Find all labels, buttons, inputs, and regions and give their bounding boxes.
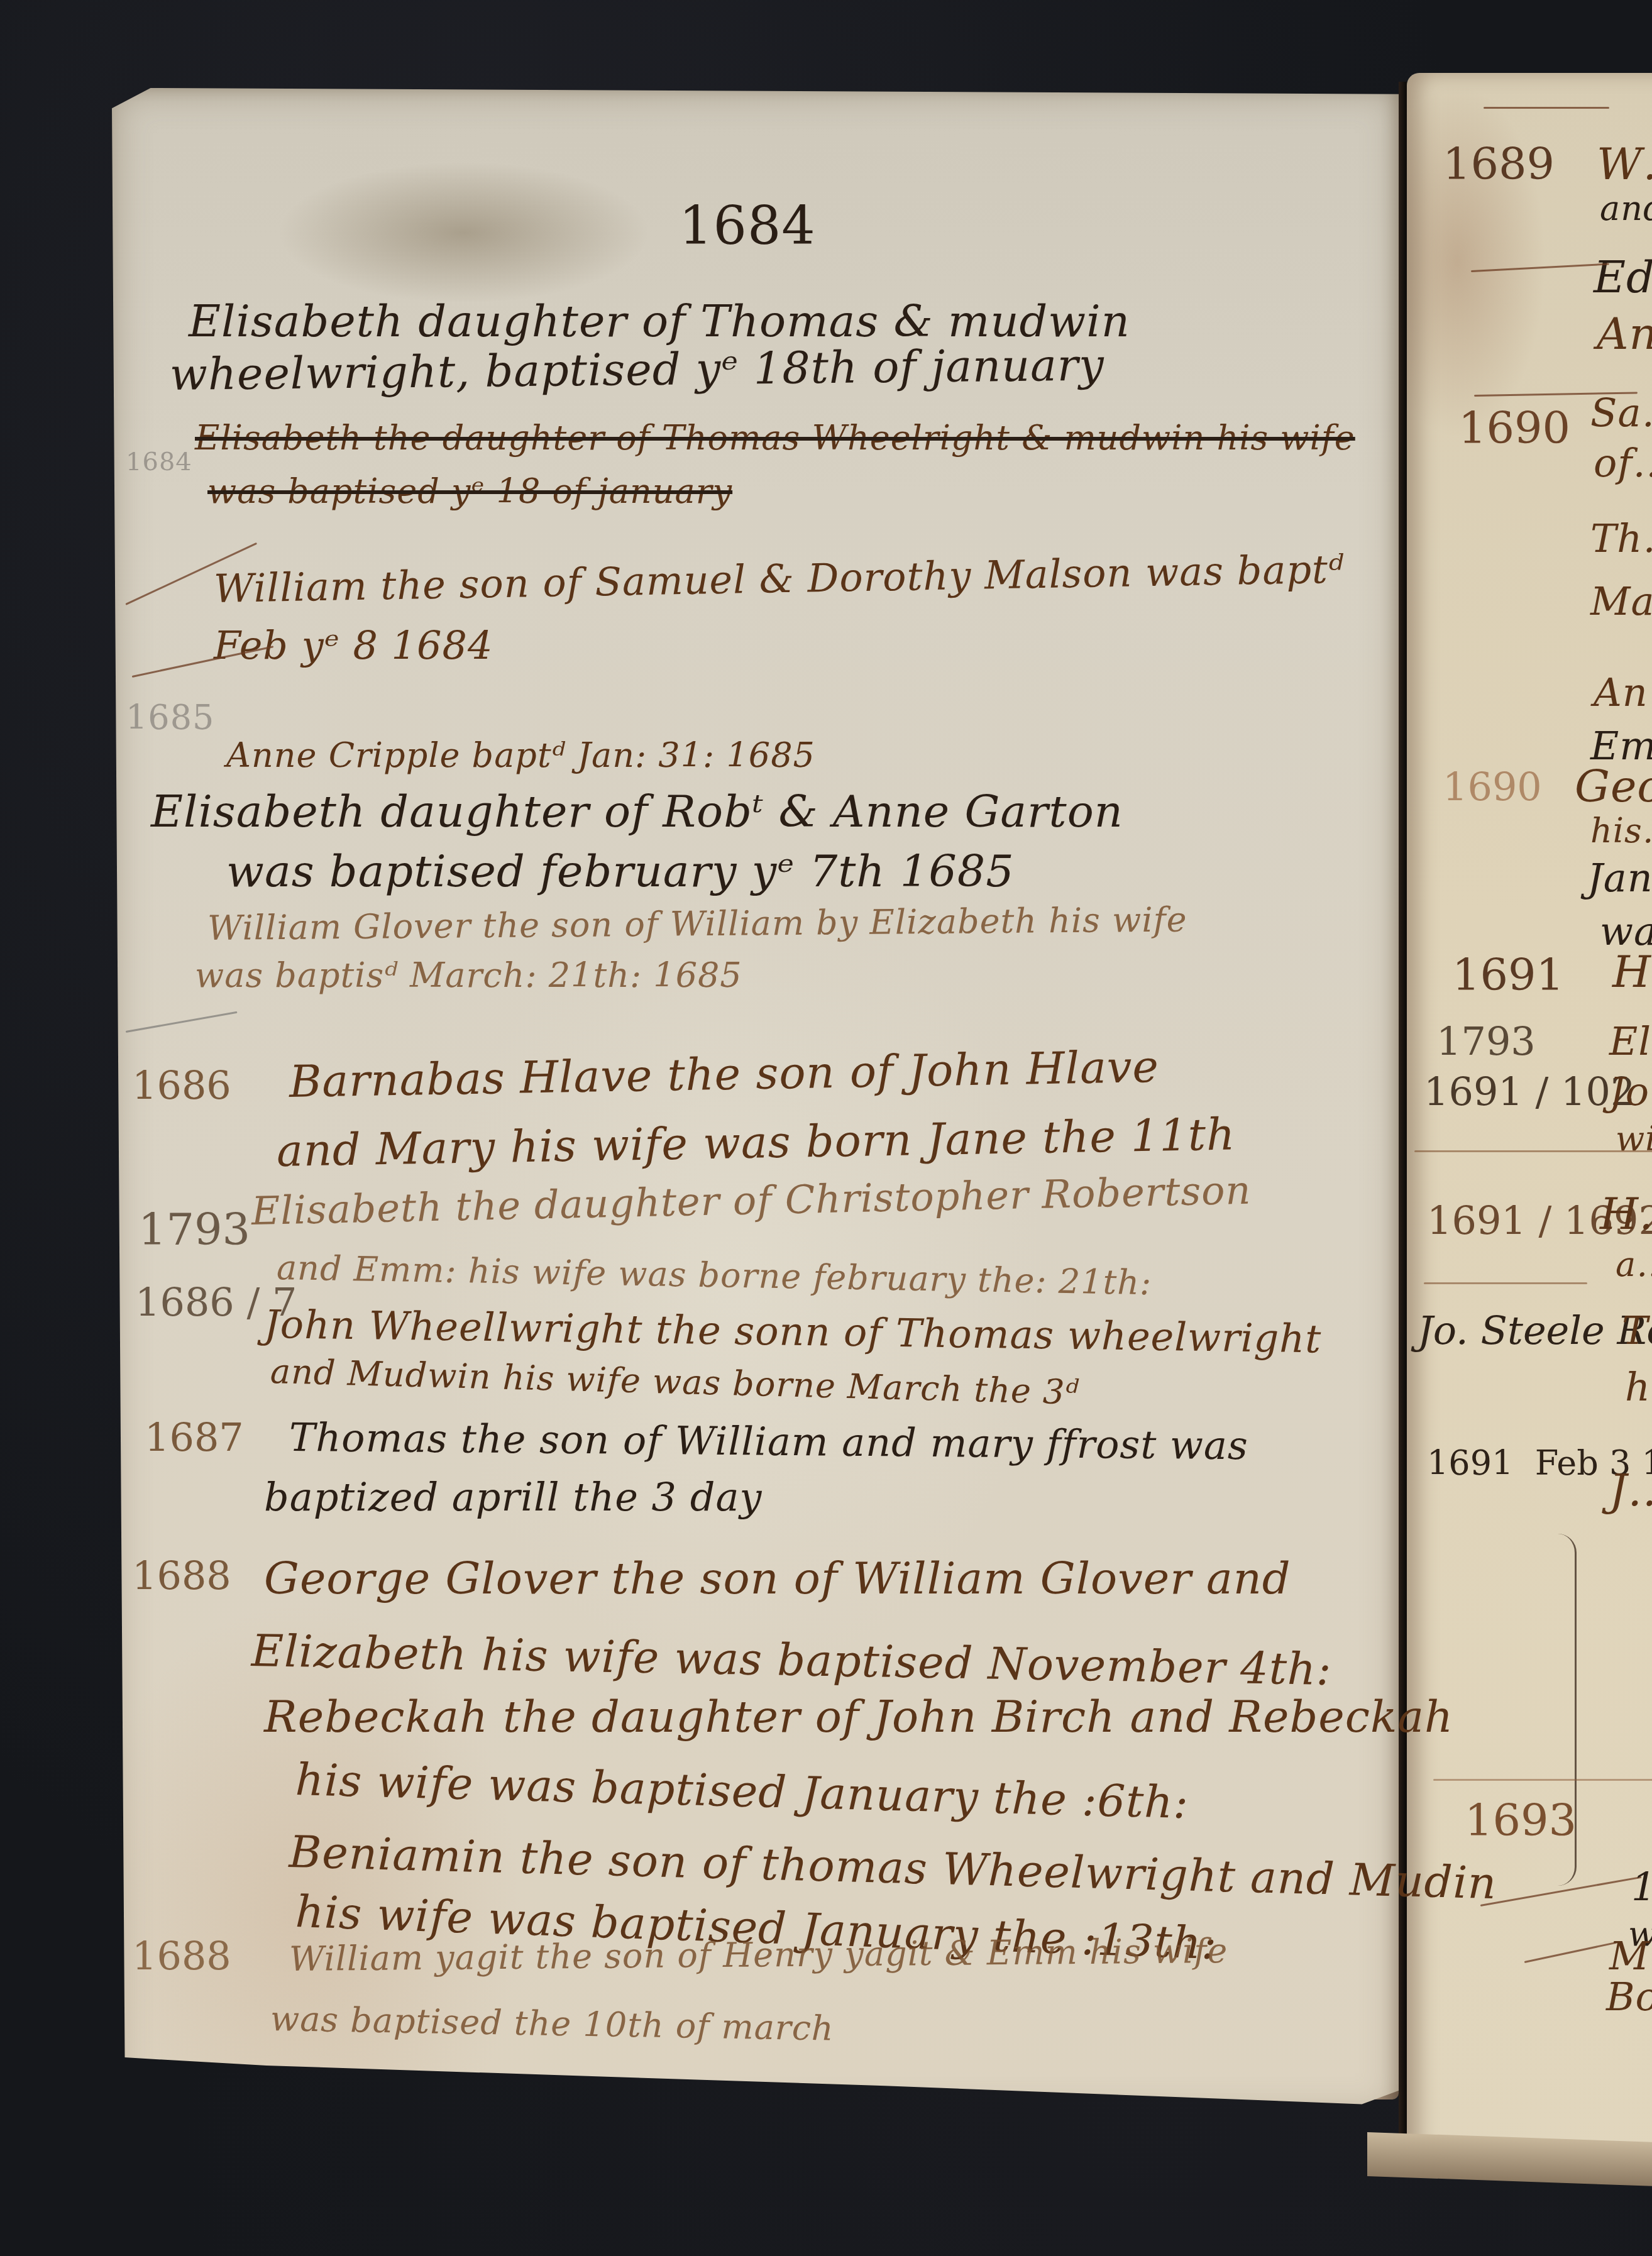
- rector-signature: Jo. Steele Rectʳ: [1418, 1307, 1652, 1353]
- truncated-entry: Ed…: [1594, 251, 1652, 303]
- ruled-line: [1433, 1779, 1652, 1781]
- truncated-entry: and…: [1600, 189, 1652, 228]
- margin-year: 1693: [1465, 1795, 1577, 1846]
- margin-year: 1691 / 102: [1424, 1069, 1635, 1114]
- margin-year: 1686: [132, 1062, 231, 1108]
- margin-year: 1689: [1443, 138, 1555, 190]
- ruled-line: [1414, 1150, 1652, 1152]
- margin-year: 1793: [138, 1204, 250, 1255]
- truncated-entry: J…: [1609, 1465, 1652, 1516]
- entry-line: Anne Cripple baptᵈ Jan: 31: 1685: [226, 735, 815, 775]
- entry-line: Elisabeth daughter of Robᵗ & Anne Garton: [151, 786, 1123, 837]
- truncated-entry: his…: [1590, 811, 1652, 850]
- truncated-entry: Th…: [1590, 515, 1652, 561]
- truncated-entry: wi…: [1616, 1119, 1652, 1158]
- entry-line: was baptisᵈ March: 21th: 1685: [195, 955, 742, 995]
- entry-line: Elisabeth daughter of Thomas & mudwin: [189, 295, 1130, 347]
- truncated-entry: Sa…: [1590, 390, 1652, 436]
- truncated-entry: a…: [1616, 1245, 1652, 1284]
- margin-year: 1688: [132, 1553, 231, 1598]
- entry-line: was baptised february yᵉ 7th 1685: [226, 845, 1015, 897]
- truncated-entry: H…: [1612, 946, 1652, 998]
- ruled-line: [1484, 107, 1609, 109]
- entry-line: wheelwright, baptised yᵉ 18th of january: [170, 339, 1105, 400]
- truncated-entry: W…: [1597, 138, 1652, 190]
- truncated-entry: M…: [1609, 1933, 1652, 1979]
- margin-year: 1684: [126, 448, 192, 476]
- truncated-entry: Ma…: [1590, 578, 1652, 624]
- struck-entry-line: Elisabeth the daughter of Thomas Wheelri…: [195, 418, 1355, 458]
- truncated-entry: Bo…: [1606, 1974, 1652, 2020]
- margin-year: 1690: [1443, 764, 1542, 810]
- entry-line: Thomas the son of William and mary ffros…: [289, 1414, 1248, 1468]
- truncated-entry: 1…: [1631, 1864, 1652, 1910]
- truncated-entry: Geo…: [1575, 761, 1652, 812]
- margin-year: 1691: [1452, 949, 1564, 1001]
- margin-year: 1685: [126, 698, 214, 737]
- truncated-entry: Jan…: [1587, 855, 1652, 901]
- margin-year: 1688: [132, 1933, 231, 1979]
- entry-line: Feb yᵉ 8 1684: [214, 622, 493, 668]
- truncated-entry: Jo…: [1609, 1069, 1652, 1114]
- truncated-entry: of…: [1594, 440, 1652, 486]
- truncated-entry: An…: [1597, 308, 1652, 360]
- ruled-line: [1424, 1282, 1587, 1284]
- truncated-entry: An…: [1594, 669, 1652, 715]
- entry-line: baptized aprill the 3 day: [264, 1474, 762, 1520]
- page-header-year: 1684: [679, 195, 816, 256]
- margin-year: 1687: [145, 1414, 244, 1460]
- entry-line: Rebeckah the daughter of John Birch and …: [264, 1691, 1453, 1742]
- entry-line: George Glover the son of William Glover …: [264, 1553, 1291, 1604]
- truncated-entry: h…: [1625, 1364, 1652, 1410]
- entry-line: William yagit the son of Henry yagit & E…: [289, 1931, 1228, 1979]
- truncated-entry: H…: [1600, 1188, 1652, 1240]
- struck-entry-line: was baptised yᵉ 18 of january: [207, 471, 732, 511]
- truncated-entry: T…: [1622, 1307, 1652, 1353]
- margin-year: 1793: [1436, 1018, 1536, 1064]
- truncated-entry: El…: [1609, 1018, 1652, 1064]
- margin-year: 1690: [1458, 402, 1570, 454]
